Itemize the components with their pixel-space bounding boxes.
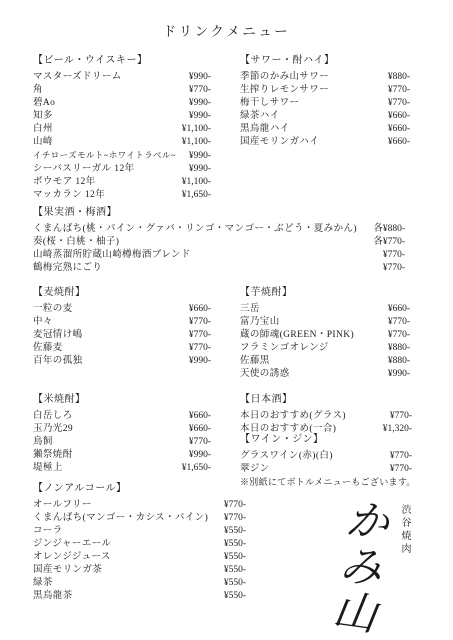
item-price: ¥770-	[189, 316, 211, 329]
item-price: ¥770-	[224, 512, 246, 525]
menu-item-row: 山崎¥1,100-	[33, 136, 211, 149]
item-name: 碧Ao	[33, 97, 55, 110]
section-non-alcohol: 【ノンアルコール】 オールフリー¥770- くまんばち(マンゴー・カシス・パイン…	[33, 483, 246, 603]
item-name: 佐藤黒	[240, 355, 270, 368]
menu-item-row: 角¥770-	[33, 84, 211, 97]
menu-item-row: 麦冠情け嶋¥770-	[33, 329, 211, 342]
item-price: 各¥770-	[373, 236, 405, 249]
item-price: ¥770-	[388, 316, 410, 329]
menu-item-row: 国産モリンガハイ¥660-	[240, 136, 410, 149]
item-price: ¥770-	[189, 84, 211, 97]
section-header-kome-shochu: 【米焼酎】	[33, 394, 211, 406]
item-price: ¥990-	[189, 150, 211, 163]
menu-item-row: マッカラン 12年¥1,650-	[33, 189, 211, 202]
menu-item-row: コーラ¥550-	[33, 525, 246, 538]
item-name: 三岳	[240, 303, 260, 316]
item-price: ¥990-	[189, 449, 211, 462]
menu-item-row: フラミンゴオレンジ¥880-	[240, 342, 410, 355]
menu-item-row: 翠ジン¥770-	[240, 463, 412, 476]
item-name: シーバスリーガル 12年	[33, 163, 135, 176]
item-price: ¥1,100-	[182, 123, 211, 136]
item-price: ¥770-	[189, 436, 211, 449]
item-price: ¥550-	[224, 551, 246, 564]
item-price: ¥880-	[388, 71, 410, 84]
menu-item-row: 緑茶¥550-	[33, 577, 246, 590]
item-price: ¥660-	[189, 303, 211, 316]
item-name: 蔵の師魂(GREEN・PINK)	[240, 329, 354, 342]
menu-item-row: 佐藤麦¥770-	[33, 342, 211, 355]
section-header-nihonshu: 【日本酒】	[240, 394, 412, 406]
item-price: ¥880-	[388, 355, 410, 368]
item-name: 佐藤麦	[33, 342, 63, 355]
menu-item-row: 季節のかみ山サワー¥880-	[240, 71, 410, 84]
section-header-non-alcohol: 【ノンアルコール】	[33, 483, 246, 495]
item-price: ¥770-	[388, 84, 410, 97]
menu-item-row: イチローズモルト~ホワイトラベル~¥990-	[33, 149, 211, 163]
menu-item-row: ジンジャーエール¥550-	[33, 538, 246, 551]
item-name: くまんばち(桃・パイン・グァバ・リンゴ・マンゴー・ぶどう・夏みかん)	[33, 223, 357, 236]
section-header-fruit-umeshu: 【果実酒・梅酒】	[33, 207, 405, 219]
section-header-sour-chuhai: 【サワー・酎ハイ】	[240, 55, 410, 67]
menu-item-row: 梅干しサワー¥770-	[240, 97, 410, 110]
menu-item-row: 佐藤黒¥880-	[240, 355, 410, 368]
menu-item-row: 黒烏龍茶¥550-	[33, 590, 246, 603]
item-name: 角	[33, 84, 43, 97]
item-name: 生搾りレモンサワー	[240, 84, 329, 97]
item-name: 緑茶ハイ	[240, 110, 280, 123]
menu-item-row: 百年の孤独¥990-	[33, 355, 211, 368]
menu-item-row: 天使の誘惑¥990-	[240, 368, 410, 381]
menu-item-row: 鶴梅完熟にごり¥770-	[33, 262, 405, 275]
item-price: ¥1,100-	[182, 136, 211, 149]
item-price: ¥990-	[388, 368, 410, 381]
menu-item-row: グラスワイン(赤)(白)¥770-	[240, 450, 412, 463]
item-price: ¥550-	[224, 525, 246, 538]
section-fruit-umeshu: 【果実酒・梅酒】 くまんばち(桃・パイン・グァバ・リンゴ・マンゴー・ぶどう・夏み…	[33, 207, 405, 275]
menu-item-row: 生搾りレモンサワー¥770-	[240, 84, 410, 97]
item-name: 季節のかみ山サワー	[240, 71, 329, 84]
menu-item-row: 鳥飼¥770-	[33, 436, 211, 449]
item-name: 富乃宝山	[240, 316, 280, 329]
item-name: 山崎蒸溜所貯蔵山崎樽梅酒ブレンド	[33, 249, 191, 262]
item-price: ¥770-	[390, 450, 412, 463]
section-sour-chuhai: 【サワー・酎ハイ】 季節のかみ山サワー¥880- 生搾りレモンサワー¥770- …	[240, 55, 410, 149]
item-name: グラスワイン(赤)(白)	[240, 450, 333, 463]
item-price: ¥990-	[189, 355, 211, 368]
item-price: ¥770-	[189, 329, 211, 342]
menu-item-row: ボウモア 12年¥1,100-	[33, 176, 211, 189]
item-price: 各¥880-	[373, 223, 405, 236]
menu-item-row: 白岳しろ¥660-	[33, 410, 211, 423]
item-name: 知多	[33, 110, 53, 123]
item-name: 獺祭焼酎	[33, 449, 73, 462]
item-name: 白州	[33, 123, 53, 136]
item-name: 堤極上	[33, 462, 63, 475]
item-name: 麦冠情け嶋	[33, 329, 83, 342]
item-price: ¥770-	[383, 262, 405, 275]
menu-item-row: 堤極上¥1,650-	[33, 462, 211, 475]
menu-item-row: 白州¥1,100-	[33, 123, 211, 136]
item-price: ¥1,650-	[182, 189, 211, 202]
section-header-beer-whiskey: 【ビール・ウイスキー】	[33, 55, 211, 67]
item-name: 一粒の麦	[33, 303, 73, 316]
item-name: 黒烏龍茶	[33, 590, 73, 603]
item-price: ¥550-	[224, 577, 246, 590]
item-name: 緑茶	[33, 577, 53, 590]
item-name: 国産モリンガ茶	[33, 564, 102, 577]
menu-item-row: シーバスリーガル 12年¥990-	[33, 163, 211, 176]
item-price: ¥880-	[388, 342, 410, 355]
menu-item-row: くまんばち(マンゴー・カシス・パイン)¥770-	[33, 512, 246, 525]
item-name: 天使の誘惑	[240, 368, 290, 381]
item-name: マスターズドリーム	[33, 71, 122, 84]
section-header-mugi-shochu: 【麦焼酎】	[33, 287, 211, 299]
item-price: ¥1,100-	[182, 176, 211, 189]
menu-item-row: 黒烏龍ハイ¥660-	[240, 123, 410, 136]
item-name: 玉乃光29	[33, 423, 73, 436]
item-price: ¥660-	[189, 423, 211, 436]
item-name: 百年の孤独	[33, 355, 83, 368]
section-wine-gin: 【ワイン・ジン】 グラスワイン(赤)(白)¥770- 翠ジン¥770- ※別紙に…	[240, 434, 412, 489]
item-price: ¥660-	[388, 136, 410, 149]
item-price: ¥770-	[224, 499, 246, 512]
page-title: ドリンクメニュー	[0, 20, 453, 40]
item-name: くまんばち(マンゴー・カシス・パイン)	[33, 512, 208, 525]
menu-item-row: 蔵の師魂(GREEN・PINK)¥770-	[240, 329, 410, 342]
item-price: ¥770-	[390, 463, 412, 476]
item-name: ボウモア 12年	[33, 176, 96, 189]
item-name: 国産モリンガハイ	[240, 136, 319, 149]
item-price: ¥990-	[189, 163, 211, 176]
menu-item-row: マスターズドリーム¥990-	[33, 71, 211, 84]
item-name: 奏(桜・白桃・柚子)	[33, 236, 119, 249]
menu-item-row: 山崎蒸溜所貯蔵山崎樽梅酒ブレンド¥770-	[33, 249, 405, 262]
menu-item-row: 本日のおすすめ(グラス)¥770-	[240, 410, 412, 423]
item-price: ¥990-	[189, 71, 211, 84]
section-mugi-shochu: 【麦焼酎】 一粒の麦¥660- 中々¥770- 麦冠情け嶋¥770- 佐藤麦¥7…	[33, 287, 211, 368]
item-name: 本日のおすすめ(グラス)	[240, 410, 346, 423]
item-name: オールフリー	[33, 499, 92, 512]
item-price: ¥550-	[224, 564, 246, 577]
item-name: 山崎	[33, 136, 53, 149]
drink-menu-page: ドリンクメニュー 【ビール・ウイスキー】 マスターズドリーム¥990- 角¥77…	[0, 0, 453, 640]
item-name: 鳥飼	[33, 436, 53, 449]
item-price: ¥770-	[383, 249, 405, 262]
section-nihonshu: 【日本酒】 本日のおすすめ(グラス)¥770- 本日のおすすめ(一合)¥1,32…	[240, 394, 412, 436]
menu-item-row: オレンジジュース¥550-	[33, 551, 246, 564]
item-price: ¥660-	[388, 123, 410, 136]
menu-item-row: 国産モリンガ茶¥550-	[33, 564, 246, 577]
item-price: ¥550-	[224, 538, 246, 551]
item-price: ¥660-	[189, 410, 211, 423]
item-name: コーラ	[33, 525, 63, 538]
menu-item-row: 奏(桜・白桃・柚子)各¥770-	[33, 236, 405, 249]
item-price: ¥770-	[388, 329, 410, 342]
menu-item-row: 緑茶ハイ¥660-	[240, 110, 410, 123]
menu-item-row: 一粒の麦¥660-	[33, 303, 211, 316]
item-name: 翠ジン	[240, 463, 269, 476]
item-price: ¥770-	[388, 97, 410, 110]
section-beer-whiskey: 【ビール・ウイスキー】 マスターズドリーム¥990- 角¥770- 碧Ao¥99…	[33, 55, 211, 202]
item-price: ¥770-	[390, 410, 412, 423]
menu-item-row: 富乃宝山¥770-	[240, 316, 410, 329]
menu-item-row: オールフリー¥770-	[33, 499, 246, 512]
item-name: イチローズモルト~ホワイトラベル~	[33, 149, 176, 162]
item-name: 黒烏龍ハイ	[240, 123, 290, 136]
item-name: 中々	[33, 316, 53, 329]
bottle-menu-note: ※別紙にてボトルメニューもございます。	[240, 476, 412, 489]
item-price: ¥660-	[388, 303, 410, 316]
menu-item-row: 三岳¥660-	[240, 303, 410, 316]
item-price: ¥550-	[224, 590, 246, 603]
item-name: 鶴梅完熟にごり	[33, 262, 102, 275]
item-price: ¥1,650-	[182, 462, 211, 475]
menu-item-row: 中々¥770-	[33, 316, 211, 329]
menu-item-row: 玉乃光29¥660-	[33, 423, 211, 436]
section-kome-shochu: 【米焼酎】 白岳しろ¥660- 玉乃光29¥660- 鳥飼¥770- 獺祭焼酎¥…	[33, 394, 211, 475]
section-imo-shochu: 【芋焼酎】 三岳¥660- 富乃宝山¥770- 蔵の師魂(GREEN・PINK)…	[240, 287, 410, 381]
brand-subtitle: 渋谷焼肉	[397, 504, 412, 556]
menu-item-row: 碧Ao¥990-	[33, 97, 211, 110]
item-price: ¥990-	[189, 97, 211, 110]
section-header-imo-shochu: 【芋焼酎】	[240, 287, 410, 299]
item-price: ¥770-	[189, 342, 211, 355]
item-name: フラミンゴオレンジ	[240, 342, 329, 355]
menu-item-row: 獺祭焼酎¥990-	[33, 449, 211, 462]
menu-item-row: くまんばち(桃・パイン・グァバ・リンゴ・マンゴー・ぶどう・夏みかん)各¥880-	[33, 223, 405, 236]
item-name: マッカラン 12年	[33, 189, 105, 202]
item-price: ¥660-	[388, 110, 410, 123]
item-name: 白岳しろ	[33, 410, 73, 423]
section-header-wine-gin: 【ワイン・ジン】	[240, 434, 412, 446]
item-name: ジンジャーエール	[33, 538, 111, 551]
brand-logo-calligraphy: かみ山	[325, 494, 388, 637]
menu-item-row: 知多¥990-	[33, 110, 211, 123]
item-price: ¥990-	[189, 110, 211, 123]
item-name: 梅干しサワー	[240, 97, 299, 110]
item-name: オレンジジュース	[33, 551, 111, 564]
